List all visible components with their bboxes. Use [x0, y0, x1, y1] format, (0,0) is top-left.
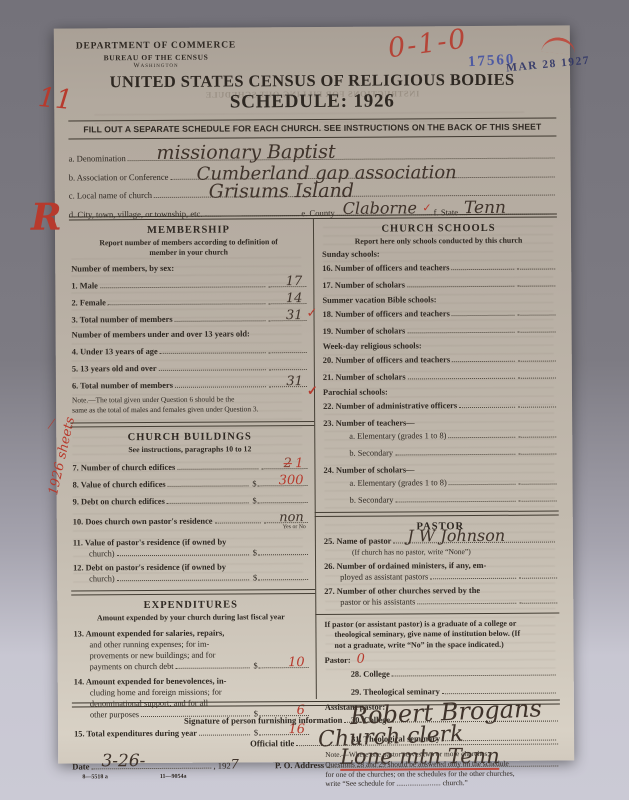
expenditures-title: EXPENDITURES — [73, 599, 308, 611]
dotted-line — [407, 331, 514, 334]
q23-label: 23. Number of teachers— — [323, 419, 415, 429]
q2-value: 14 — [286, 292, 303, 305]
question-11-continued: church) $ — [73, 548, 308, 558]
question-20: 20. Number of officers and teachers — [323, 355, 556, 365]
dotted-line — [449, 483, 516, 485]
church-name-label: c. Local name of church — [69, 190, 152, 201]
question-1-male: 1. Male 17 — [71, 280, 306, 290]
membership-subtitle: Report number of members according to de… — [71, 237, 306, 259]
q20-answer-slot — [518, 360, 556, 362]
parochial-schools-heading: ✓ Parochial schools: — [323, 387, 556, 397]
q7-corrected-value: 1 — [295, 456, 303, 471]
q6-label: 6. Total number of members — [72, 381, 173, 391]
q11-label-line2: church) — [73, 549, 115, 558]
q9-label: 9. Debt on church edifices — [73, 497, 165, 507]
dotted-line — [452, 360, 515, 362]
dotted-line — [168, 484, 249, 486]
question-2-female: 2. Female 14 — [71, 297, 306, 307]
q12-label-line1: 12. Debt on pastor's residence (if owned… — [73, 562, 226, 572]
graduate-line3: not a graduate, write “No” in the space … — [325, 639, 558, 651]
dollar-sign: $ — [253, 661, 257, 670]
dollar-sign: $ — [252, 496, 256, 505]
parochial-check-icon: ✓ — [307, 384, 318, 397]
section-divider-rule — [71, 589, 315, 595]
q17-answer-slot — [517, 285, 555, 287]
q8-answer-slot: 300 — [258, 484, 308, 486]
q23b-answer-slot — [518, 453, 556, 455]
q13-line1: 13. Amount expended for salaries, repair… — [73, 628, 224, 638]
church-schools-section: CHURCH SCHOOLS Report here only schools … — [322, 223, 557, 506]
q14-line2: cluding home and foreign missions; for — [74, 687, 309, 697]
state-label: f. State — [434, 207, 458, 217]
dotted-line — [117, 553, 249, 556]
q27-answer-slot — [519, 602, 557, 604]
q18-answer-slot — [518, 314, 556, 316]
dotted-line: Lone mtn Tenn — [326, 765, 558, 768]
q13-line4: payments on church debt — [74, 662, 174, 672]
dotted-line — [430, 577, 516, 580]
membership-note-line2: same as the total of males and females g… — [72, 404, 307, 415]
dotted-line — [167, 501, 249, 503]
form-body: a. Denomination missionary Baptist b. As… — [68, 26, 560, 764]
dotted-line — [108, 303, 266, 306]
dollar-sign: $ — [252, 479, 256, 488]
county-label: e. County — [301, 208, 334, 218]
question-26: 26. Number of ordained ministers, if any… — [324, 561, 557, 571]
q5-label: 5. 13 years old and over — [72, 364, 157, 374]
question-6-total: 6. Total number of members 31 — [72, 380, 307, 390]
question-23b: b. Secondary — [323, 448, 556, 458]
q8-value: 300 — [279, 474, 304, 487]
q19-answer-slot — [518, 331, 556, 333]
buildings-subtitle: See instructions, paragraphs 10 to 12 — [72, 444, 307, 456]
sub-rule — [315, 613, 559, 615]
dotted-line — [408, 377, 515, 380]
q22-answer-slot — [518, 406, 556, 408]
q28-label: 28. College — [351, 670, 390, 679]
q26-line2: ployed as assistant pastors — [324, 572, 428, 582]
footer-section: Signature of person furnishing informati… — [72, 704, 560, 781]
question-8-value: 8. Value of church edifices $ 300 — [73, 479, 308, 489]
pastor-colon-label: Pastor: — [325, 656, 351, 665]
question-13-answer-row: payments on church debt $ 10 — [74, 661, 309, 671]
q4-answer-slot — [269, 351, 307, 353]
signature-label: Signature of person furnishing informati… — [184, 715, 342, 726]
question-25-pastor-name: 25. Name of pastor J W Johnson — [324, 536, 557, 546]
q18-label: 18. Number of officers and teachers — [322, 309, 449, 319]
question-24: 24. Number of scholars— — [323, 465, 556, 475]
q29-label: 29. Theological seminary — [351, 688, 440, 698]
question-13: 13. Amount expended for salaries, repair… — [73, 628, 308, 638]
dotted-line — [117, 578, 249, 581]
pastor-note-line4: write “See schedule for ................… — [325, 778, 558, 789]
buildings-title: CHURCH BUILDINGS — [72, 431, 307, 443]
dotted-line — [407, 285, 514, 288]
dotted-line: J W Johnson — [393, 541, 555, 544]
q20-label: 20. Number of officers and teachers — [323, 355, 450, 365]
question-27-answer-row: pastor or his assistants — [324, 597, 557, 607]
dotted-line — [100, 286, 265, 289]
question-24a: a. Elementary (grades 1 to 8) — [324, 478, 557, 488]
question-14: 14. Amount expended for benevolences, in… — [74, 676, 309, 686]
identification-section: a. Denomination missionary Baptist b. As… — [68, 142, 556, 220]
date-value: 3-26- — [101, 753, 145, 770]
q7-label: 7. Number of church edifices — [72, 462, 175, 472]
q3-answer-slot: 31 — [269, 319, 307, 321]
form-number-2: 11—9054a — [160, 774, 187, 780]
q21-label: 21. Number of scholars — [323, 373, 406, 383]
q9-answer-slot — [258, 501, 308, 503]
q10-label: 10. Does church own pastor's residence — [73, 516, 213, 526]
q6-value: 31 — [286, 375, 303, 388]
q3-label: 3. Total number of members — [72, 315, 173, 325]
dotted-line: 3-26- — [91, 767, 211, 770]
dotted-line — [452, 314, 515, 316]
dotted-line — [448, 436, 515, 438]
q24a-label: a. Elementary (grades 1 to 8) — [350, 478, 447, 488]
graduate-instruction: If pastor (or assistant pastor) is a gra… — [324, 619, 557, 651]
q7-answer-slot: 2 1 — [261, 467, 307, 469]
dotted-line — [392, 674, 556, 677]
q27-line1: 27. Number of other churches served by t… — [324, 586, 480, 596]
question-4-under13: 4. Under 13 years of age — [72, 346, 307, 356]
dotted-line — [395, 500, 515, 503]
q23a-label: a. Elementary (grades 1 to 8) — [349, 431, 446, 441]
q1-label: 1. Male — [71, 282, 98, 291]
question-27: 27. Number of other churches served by t… — [324, 586, 557, 596]
question-24b: b. Secondary — [324, 495, 557, 505]
margin-letter-annotation: R — [31, 195, 62, 239]
q10-value: non — [279, 511, 304, 524]
q18-check-icon: ✓ — [306, 306, 317, 319]
q12-answer-slot — [258, 578, 308, 580]
q2-label: 2. Female — [71, 299, 105, 308]
q19-label: 19. Number of scholars — [323, 327, 406, 337]
membership-subtitle-line2: member in your church — [71, 247, 306, 259]
question-5-over13: 5. 13 years old and over — [72, 363, 307, 373]
question-17: 17. Number of scholars — [322, 280, 555, 290]
q13-value: 10 — [288, 656, 305, 669]
q16-answer-slot — [517, 268, 555, 270]
q27-line2: pastor or his assistants — [324, 598, 415, 608]
signature-row: Signature of person furnishing informati… — [72, 714, 560, 727]
dotted-line — [417, 602, 516, 605]
q14-line1: 14. Amount expended for benevolences, in… — [74, 676, 227, 686]
margin-tick-mark: ∕ — [50, 417, 53, 434]
q24-label: 24. Number of scholars— — [323, 466, 414, 476]
dotted-line — [160, 352, 266, 355]
q25-label: 25. Name of pastor — [324, 537, 392, 546]
q2-answer-slot: 14 — [268, 302, 306, 304]
q26-line1: 26. Number of ordained ministers, if any… — [324, 561, 486, 571]
q6-answer-slot: 31 — [269, 385, 307, 387]
pastor-graduate-mark: 0 — [357, 655, 365, 665]
form-number-1: 8—5518 a — [82, 775, 108, 781]
dotted-line — [159, 369, 266, 372]
q7-value-group: 2 1 — [284, 456, 304, 470]
yes-or-no-hint: Yes or No — [283, 524, 306, 530]
q24b-answer-slot — [519, 500, 557, 502]
dotted-line — [215, 521, 261, 523]
po-address-label: P. O. Address — [275, 760, 324, 770]
sunday-schools-heading: Sunday schools: — [322, 249, 555, 259]
denomination-value: missionary Baptist — [156, 143, 335, 163]
dotted-line — [175, 386, 266, 389]
dotted-line — [176, 666, 250, 668]
question-12-continued: church) $ — [73, 573, 308, 583]
document-scan: INSTRUCTIONS FOR FILLING OUT SCHEDULE DE… — [0, 0, 629, 800]
official-title-label: Official title — [250, 738, 294, 748]
parochial-heading-text: Parochial schools: — [323, 388, 388, 397]
question-7-edifices: 7. Number of church edifices 2 1 — [72, 462, 307, 472]
year-digit-value: 7 — [231, 760, 239, 770]
question-22: 22. Number of administrative officers — [323, 401, 556, 411]
q13-answer-slot: 10 — [259, 666, 309, 668]
q1-value: 17 — [286, 275, 303, 288]
question-19: 19. Number of scholars — [323, 326, 556, 336]
denomination-label: a. Denomination — [69, 153, 126, 163]
membership-section: MEMBERSHIP Report number of members acco… — [71, 224, 307, 415]
q5-answer-slot — [269, 368, 307, 370]
church-buildings-section: CHURCH BUILDINGS See instructions, parag… — [72, 431, 308, 584]
q26-answer-slot — [519, 577, 557, 579]
dotted-line — [459, 406, 515, 408]
association-label: b. Association or Conference — [69, 172, 169, 183]
dotted-line — [175, 320, 266, 323]
question-23: 23. Number of teachers— — [323, 418, 556, 428]
question-21: 21. Number of scholars — [323, 372, 556, 382]
question-18: ✓ 18. Number of officers and teachers — [322, 309, 555, 319]
q13-line2: and other running expenses; for im- — [73, 639, 308, 649]
membership-subtitle-line1: Report number of members according to de… — [71, 237, 306, 249]
question-9-debt: 9. Debt on church edifices $ — [73, 496, 308, 506]
q1-answer-slot: 17 — [268, 285, 306, 287]
q17-label: 17. Number of scholars — [322, 281, 405, 291]
q16-label: 16. Number of officers and teachers — [322, 263, 449, 273]
pastor-graduate-row: Pastor: 0 — [325, 653, 558, 665]
po-address-value: Lone mtn Tenn — [340, 746, 500, 771]
section-divider-rule — [70, 420, 314, 426]
year-printed: , 192 — [213, 761, 230, 771]
question-12-residence-debt: 12. Debt on pastor's residence (if owned… — [73, 562, 308, 572]
question-23a: a. Elementary (grades 1 to 8) — [323, 431, 556, 441]
members-by-sex-heading: Number of members, by sex: — [71, 263, 306, 273]
q24b-label: b. Secondary — [350, 496, 394, 505]
expenditures-subtitle: Amount expended by your church during la… — [73, 612, 308, 624]
date-label: Date — [72, 762, 89, 772]
q21-answer-slot — [518, 377, 556, 379]
question-28: 28. College — [325, 669, 558, 679]
question-3-total: 3. Total number of members 31 — [72, 314, 307, 324]
question-10-residence: 10. Does church own pastor's residence n… — [73, 516, 308, 526]
question-11-residence-value: 11. Value of pastor's residence (if owne… — [73, 537, 308, 547]
dollar-sign: $ — [253, 548, 257, 557]
weekday-schools-heading: Week-day religious schools: — [323, 341, 556, 351]
q24a-answer-slot — [519, 483, 557, 485]
section-divider-rule — [315, 511, 559, 517]
q12-label-line2: church) — [73, 574, 115, 583]
q13-line3: provements or new buildings; and for — [74, 650, 309, 660]
q7-struck-value: 2 — [284, 456, 292, 471]
q23a-answer-slot — [518, 436, 556, 438]
membership-note: Note.—The total given under Question 6 s… — [72, 394, 307, 415]
date-address-row: Date 3-26- , 192 7 P. O. Address Lone mt… — [72, 759, 560, 772]
q10-answer-slot: nonYes or No — [264, 521, 308, 523]
summer-schools-heading: Summer vacation Bible schools: — [322, 295, 555, 305]
dollar-sign: $ — [253, 573, 257, 582]
question-26-answer-row: ployed as assistant pastors — [324, 572, 557, 582]
q11-label-line1: 11. Value of pastor's residence (if owne… — [73, 537, 226, 547]
q4-label: 4. Under 13 years of age — [72, 347, 158, 357]
q25-hint: (If church has no pastor, write “None”) — [324, 547, 557, 557]
q23b-label: b. Secondary — [349, 449, 393, 458]
dotted-line — [452, 268, 515, 270]
dotted-line — [395, 453, 515, 456]
members-by-age-heading: Number of members under and over 13 year… — [72, 329, 307, 339]
membership-title: MEMBERSHIP — [71, 224, 306, 236]
q22-label: 22. Number of administrative officers — [323, 401, 457, 411]
q11-answer-slot — [258, 553, 308, 555]
q8-label: 8. Value of church edifices — [73, 480, 166, 490]
question-16: 16. Number of officers and teachers — [322, 263, 555, 273]
q25-value: J W Johnson — [407, 528, 505, 545]
schools-subtitle: Report here only schools conducted by th… — [322, 236, 555, 248]
census-form-paper: INSTRUCTIONS FOR FILLING OUT SCHEDULE DE… — [54, 25, 574, 763]
q3-value: 31 — [286, 309, 303, 322]
dotted-line — [177, 467, 258, 469]
schools-title: CHURCH SCHOOLS — [322, 223, 555, 235]
county-check-icon: ✓ — [422, 203, 431, 214]
